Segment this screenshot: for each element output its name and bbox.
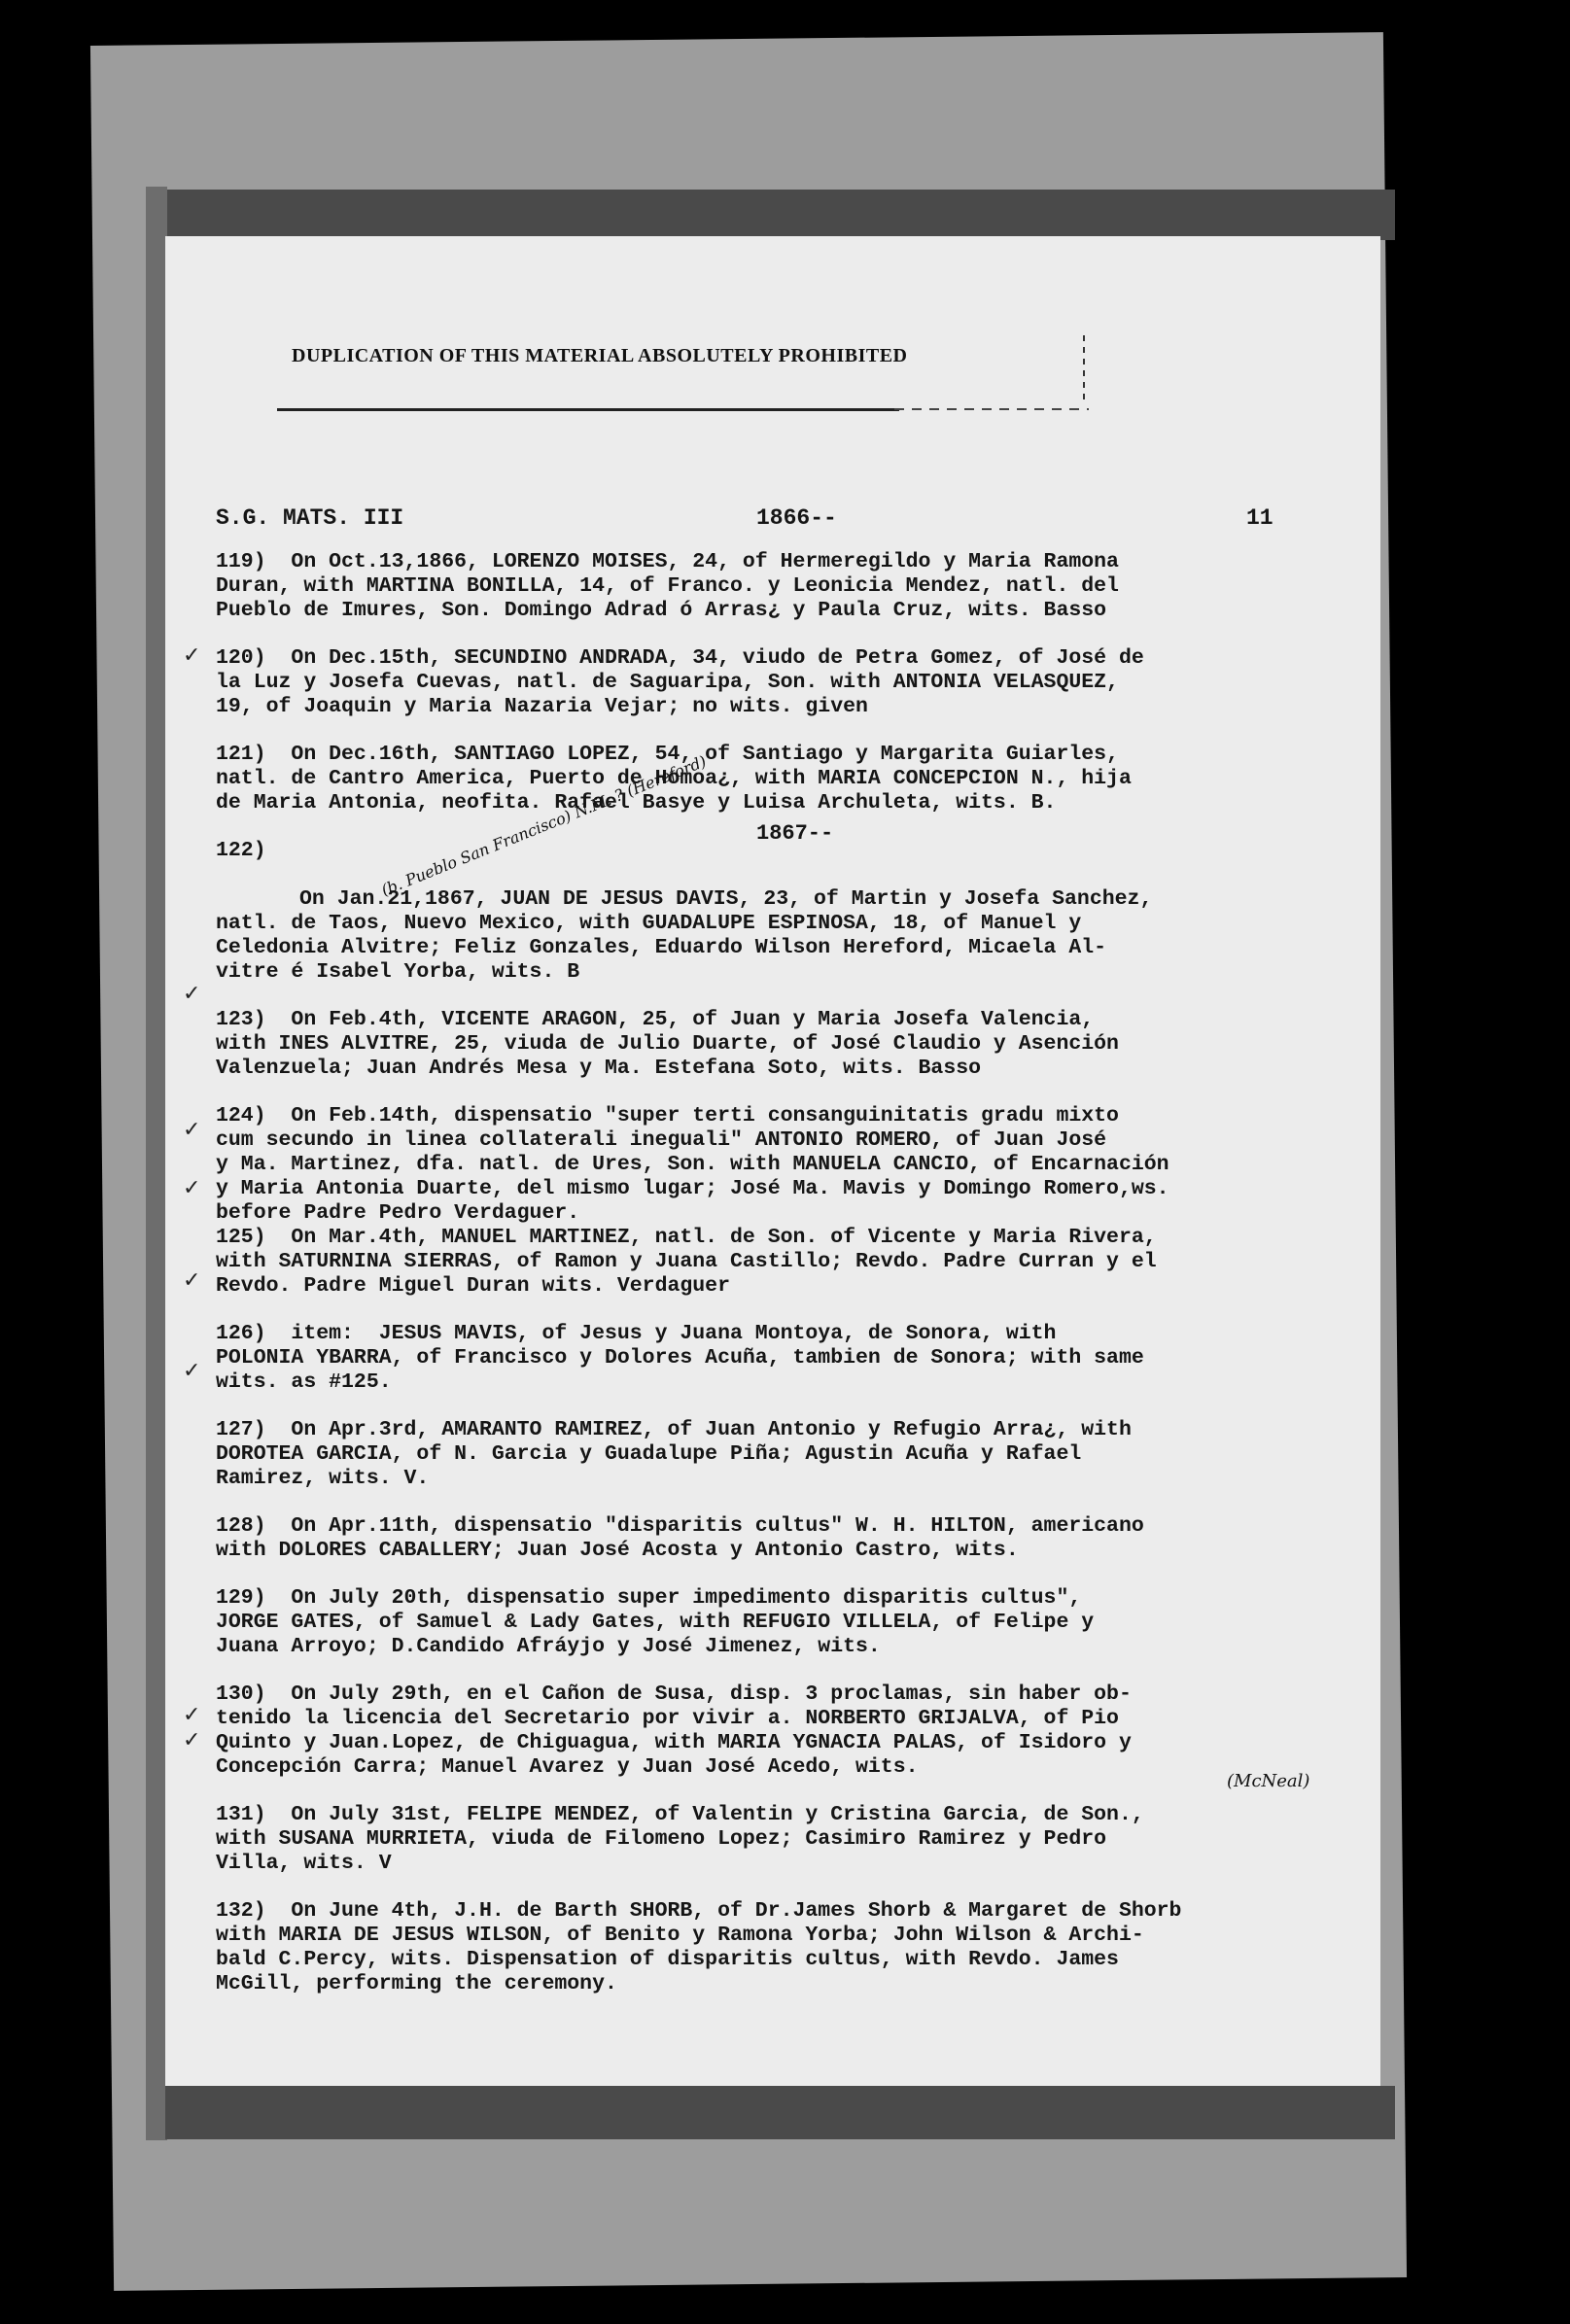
margin-tick xyxy=(1083,335,1085,403)
entry-line: 130) On July 29th, en el Cañon de Susa, … xyxy=(216,1682,1353,1707)
register-entry-130: 130) On July 29th, en el Cañon de Susa, … xyxy=(216,1682,1353,1780)
collection-reference: S.G. MATS. III xyxy=(216,505,403,531)
entry-line: Juana Arroyo; D.Candido Afráyjo y José J… xyxy=(216,1635,1353,1659)
register-entries: 119) On Oct.13,1866, LORENZO MOISES, 24,… xyxy=(216,550,1353,2020)
header-year: 1866-- xyxy=(756,505,837,531)
entry-line: 120) On Dec.15th, SECUNDINO ANDRADA, 34,… xyxy=(216,646,1353,671)
register-entry-120: 120) On Dec.15th, SECUNDINO ANDRADA, 34,… xyxy=(216,646,1353,719)
check-mark-icon: ✓ xyxy=(183,643,200,668)
entry-line: JORGE GATES, of Samuel & Lady Gates, wit… xyxy=(216,1611,1353,1635)
register-entry-121: 121) On Dec.16th, SANTIAGO LOPEZ, 54, of… xyxy=(216,743,1353,815)
register-entry-129: 129) On July 20th, dispensatio super imp… xyxy=(216,1586,1353,1659)
entry-line: 125) On Mar.4th, MANUEL MARTINEZ, natl. … xyxy=(216,1226,1353,1250)
duplication-notice: DUPLICATION OF THIS MATERIAL ABSOLUTELY … xyxy=(292,345,907,367)
scan-shadow-band-top xyxy=(165,190,1395,240)
entry-line: McGill, performing the ceremony. xyxy=(216,1972,1353,1996)
entry-line: wits. as #125. xyxy=(216,1370,1353,1395)
entry-line: 124) On Feb.14th, dispensatio "super ter… xyxy=(216,1104,1353,1128)
notice-underline-dashed xyxy=(894,408,1089,410)
entry-line: 119) On Oct.13,1866, LORENZO MOISES, 24,… xyxy=(216,550,1353,574)
entry-line: POLONIA YBARRA, of Francisco y Dolores A… xyxy=(216,1346,1353,1370)
entry-line: 127) On Apr.3rd, AMARANTO RAMIREZ, of Ju… xyxy=(216,1418,1353,1442)
register-entry-119: 119) On Oct.13,1866, LORENZO MOISES, 24,… xyxy=(216,550,1353,623)
register-entry-122: 122)On Jan.21,1867, JUAN DE JESUS DAVIS,… xyxy=(216,839,1353,985)
check-mark-icon: ✓ xyxy=(183,1359,200,1383)
check-mark-icon: ✓ xyxy=(183,982,200,1006)
scan-edge-strip xyxy=(146,187,167,2140)
check-mark-icon: ✓ xyxy=(183,1176,200,1200)
entry-line: tenido la licencia del Secretario por vi… xyxy=(216,1707,1353,1731)
entry-line: with SUSANA MURRIETA, viuda de Filomeno … xyxy=(216,1827,1353,1852)
entry-line: y Ma. Martinez, dfa. natl. de Ures, Son.… xyxy=(216,1153,1353,1177)
page-number: 11 xyxy=(1246,505,1273,531)
entry-line: 126) item: JESUS MAVIS, of Jesus y Juana… xyxy=(216,1322,1353,1346)
scan-shadow-band-bottom xyxy=(165,2086,1395,2139)
register-entry-124: 124) On Feb.14th, dispensatio "super ter… xyxy=(216,1104,1353,1226)
register-entry-128: 128) On Apr.11th, dispensatio "dispariti… xyxy=(216,1514,1353,1563)
entry-line: with DOLORES CABALLERY; Juan José Acosta… xyxy=(216,1539,1353,1563)
register-entry-126: 126) item: JESUS MAVIS, of Jesus y Juana… xyxy=(216,1322,1353,1395)
entry-line: Ramirez, wits. V. xyxy=(216,1467,1353,1491)
check-mark-icon: ✓ xyxy=(183,1728,200,1752)
entry-line: Pueblo de Imures, Son. Domingo Adrad ó A… xyxy=(216,599,1353,623)
entry-line: Quinto y Juan.Lopez, de Chiguagua, with … xyxy=(216,1731,1353,1755)
entry-line: vitre é Isabel Yorba, wits. B xyxy=(216,960,1353,985)
entry-line: 128) On Apr.11th, dispensatio "dispariti… xyxy=(216,1514,1353,1539)
entry-line: 19, of Joaquin y Maria Nazaria Vejar; no… xyxy=(216,695,1353,719)
register-entry-132: 132) On June 4th, J.H. de Barth SHORB, o… xyxy=(216,1899,1353,1996)
entry-line: before Padre Pedro Verdaguer. xyxy=(216,1201,1353,1226)
entry-line: 132) On June 4th, J.H. de Barth SHORB, o… xyxy=(216,1899,1353,1924)
entry-line: 131) On July 31st, FELIPE MENDEZ, of Val… xyxy=(216,1803,1353,1827)
entry-line: la Luz y Josefa Cuevas, natl. de Saguari… xyxy=(216,671,1353,695)
entry-line: bald C.Percy, wits. Dispensation of disp… xyxy=(216,1948,1353,1972)
entry-line: Concepción Carra; Manuel Avarez y Juan J… xyxy=(216,1755,1353,1780)
check-mark-icon: ✓ xyxy=(183,1268,200,1293)
check-mark-icon: ✓ xyxy=(183,1118,200,1142)
entry-line: 123) On Feb.4th, VICENTE ARAGON, 25, of … xyxy=(216,1008,1353,1032)
entry-line: Villa, wits. V xyxy=(216,1852,1353,1876)
entry-line: 129) On July 20th, dispensatio super imp… xyxy=(216,1586,1353,1611)
register-entry-131: 131) On July 31st, FELIPE MENDEZ, of Val… xyxy=(216,1803,1353,1876)
entry-line: natl. de Cantro America, Puerto de Homoa… xyxy=(216,767,1353,791)
entry-line: with MARIA DE JESUS WILSON, of Benito y … xyxy=(216,1924,1353,1948)
register-entry-127: 127) On Apr.3rd, AMARANTO RAMIREZ, of Ju… xyxy=(216,1418,1353,1491)
entry-line: natl. de Taos, Nuevo Mexico, with GUADAL… xyxy=(216,912,1353,936)
entry-line: Celedonia Alvitre; Feliz Gonzales, Eduar… xyxy=(216,936,1353,960)
notice-underline xyxy=(277,408,899,411)
entry-line: with INES ALVITRE, 25, viuda de Julio Du… xyxy=(216,1032,1353,1057)
check-mark-icon: ✓ xyxy=(183,1703,200,1727)
register-entry-123: 123) On Feb.4th, VICENTE ARAGON, 25, of … xyxy=(216,1008,1353,1081)
entry-line: with SATURNINA SIERRAS, of Ramon y Juana… xyxy=(216,1250,1353,1274)
year-marker-1867: 1867-- xyxy=(756,821,833,846)
entry-line: DOROTEA GARCIA, of N. Garcia y Guadalupe… xyxy=(216,1442,1353,1467)
entry-line: de Maria Antonia, neofita. Rafael Basye … xyxy=(216,791,1353,815)
entry-line: cum secundo in linea collaterali inegual… xyxy=(216,1128,1353,1153)
entry-line: y Maria Antonia Duarte, del mismo lugar;… xyxy=(216,1177,1353,1201)
entry-line: Revdo. Padre Miguel Duran wits. Verdague… xyxy=(216,1274,1353,1299)
entry-line: Valenzuela; Juan Andrés Mesa y Ma. Estef… xyxy=(216,1057,1353,1081)
entry-line: 121) On Dec.16th, SANTIAGO LOPEZ, 54, of… xyxy=(216,743,1353,767)
handwritten-note-132: (McNeal) xyxy=(1227,1771,1309,1791)
entry-line: Duran, with MARTINA BONILLA, 14, of Fran… xyxy=(216,574,1353,599)
register-entry-125: 125) On Mar.4th, MANUEL MARTINEZ, natl. … xyxy=(216,1226,1353,1299)
